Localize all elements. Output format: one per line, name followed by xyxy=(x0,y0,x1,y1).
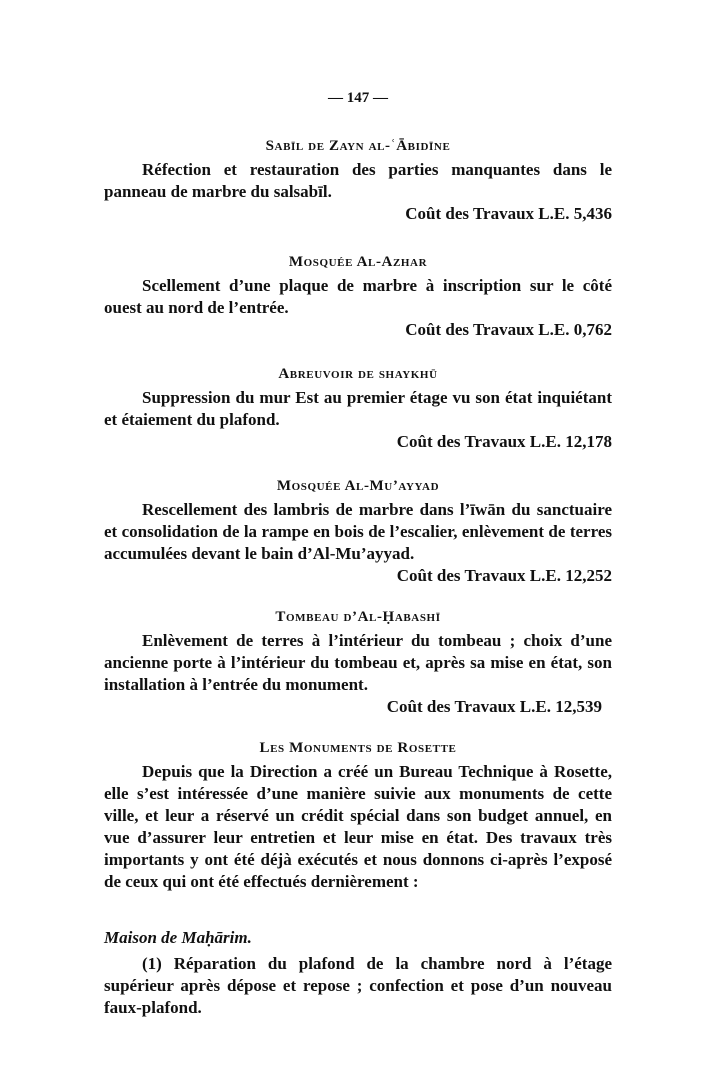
section-cost: Coût des Travaux L.E. 12,178 xyxy=(104,431,612,453)
section-heading: Abreuvoir de shaykhū xyxy=(104,363,612,387)
section-sabil: Sabīl de Zayn al-ʿĀbidīne Réfection et r… xyxy=(104,135,612,225)
section-heading: Tombeau d’Al-Ḥabashī xyxy=(104,606,612,630)
section-text: Rescellement des lambris de marbre dans … xyxy=(104,499,612,565)
section-heading: Sabīl de Zayn al-ʿĀbidīne xyxy=(104,135,612,159)
section-heading: Mosquée Al-Mu’ayyad xyxy=(104,475,612,499)
section-al-muayyad: Mosquée Al-Mu’ayyad Rescellement des lam… xyxy=(104,475,612,587)
section-tombeau: Tombeau d’Al-Ḥabashī Enlèvement de terre… xyxy=(104,606,612,718)
section-text: Enlèvement de terres à l’intérieur du to… xyxy=(104,630,612,696)
section-text: Depuis que la Direction a créé un Bureau… xyxy=(104,761,612,893)
subsection-heading: Maison de Maḥārim. xyxy=(104,927,612,949)
section-rosette: Les Monuments de Rosette Depuis que la D… xyxy=(104,737,612,893)
section-cost: Coût des Travaux L.E. 12,539 xyxy=(104,696,612,718)
section-text: Scellement d’une plaque de marbre à insc… xyxy=(104,275,612,319)
section-cost: Coût des Travaux L.E. 0,762 xyxy=(104,319,612,341)
section-text: Réfection et restauration des parties ma… xyxy=(104,159,612,203)
section-al-azhar: Mosquée Al-Azhar Scellement d’une plaque… xyxy=(104,251,612,341)
page-number: — 147 — xyxy=(104,90,612,107)
section-abreuvoir: Abreuvoir de shaykhū Suppression du mur … xyxy=(104,363,612,453)
subsection-maison: Maison de Maḥārim. (1) Réparation du pla… xyxy=(104,927,612,1019)
section-cost: Coût des Travaux L.E. 12,252 xyxy=(104,565,612,587)
section-cost: Coût des Travaux L.E. 5,436 xyxy=(104,203,612,225)
section-text: Suppression du mur Est au premier étage … xyxy=(104,387,612,431)
section-heading: Les Monuments de Rosette xyxy=(104,737,612,761)
subsection-item: (1) Réparation du plafond de la chambre … xyxy=(104,953,612,1019)
section-heading: Mosquée Al-Azhar xyxy=(104,251,612,275)
